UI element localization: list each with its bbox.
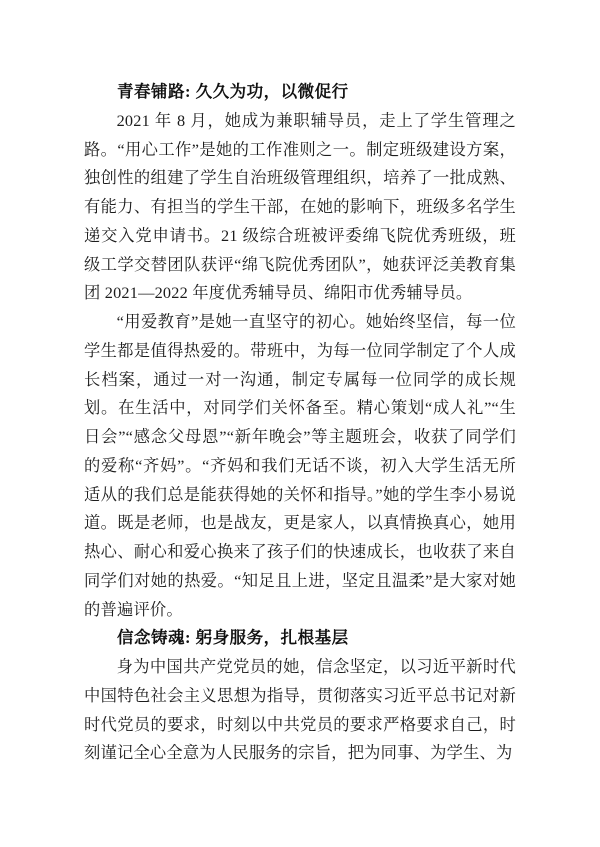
body-paragraph-1: 2021 年 8 月，她成为兼职辅导员，走上了学生管理之路。“用心工作”是她的工… (84, 107, 516, 308)
section-heading-belief: 信念铸魂: 躬身服务，扎根基层 (84, 624, 516, 653)
section-heading-youth: 青春铺路: 久久为功，以微促行 (84, 78, 516, 107)
document-page: 青春铺路: 久久为功，以微促行 2021 年 8 月，她成为兼职辅导员，走上了学… (0, 0, 600, 847)
body-paragraph-3: 身为中国共产党党员的她，信念坚定，以习近平新时代中国特色社会主义思想为指导，贯彻… (84, 653, 516, 768)
body-paragraph-2: “用爱教育”是她一直坚守的初心。她始终坚信，每一位学生都是值得热爱的。带班中，为… (84, 308, 516, 624)
